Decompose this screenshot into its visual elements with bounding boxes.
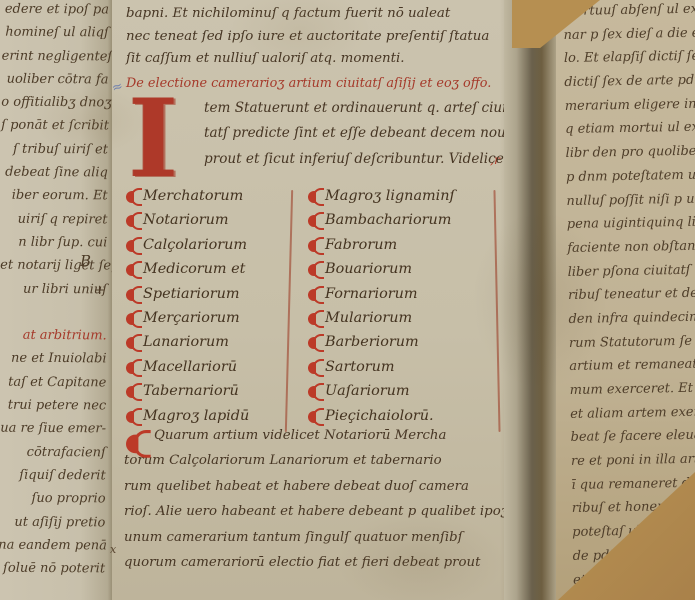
guild-list-item: Bambachariorum: [308, 212, 500, 236]
manuscript-line-fragment: na eandem penā: [0, 537, 105, 561]
manuscript-line-fragment: debeat ſine aliq: [1, 165, 108, 189]
manuscript-line-fragment: cōtrafacienſ: [0, 444, 106, 468]
guild-list-item: Mulariorum: [308, 310, 500, 334]
manuscript-line-fragment: faciente non obſtante: [567, 237, 695, 264]
guild-list-item: Spetiariorum: [126, 286, 298, 310]
guild-list-item: Medicorum et: [126, 261, 298, 285]
paragraph-mark-icon: [308, 286, 322, 301]
manuscript-line: unum camerarium tantum ſingulſ quatuor m…: [124, 530, 504, 555]
manuscript-line-fragment: beat ſe facere eleuāi: [570, 427, 695, 454]
manuscript-line-fragment: et aliam artem exerce: [570, 403, 695, 430]
manuscript-line-fragment: taſ et Capitane: [0, 374, 106, 398]
page-gutter-shadow: [500, 0, 558, 600]
manuscript-line-fragment: ſuo proprio: [0, 491, 106, 515]
manuscript-line: Quarum artium videlicet Notariorū Mercha: [124, 428, 504, 453]
decorated-initial: I: [128, 90, 198, 200]
manuscript-line-fragment: pena uigintiquinq libr: [567, 214, 695, 241]
manuscript-line-fragment: [0, 304, 107, 328]
paragraph-mark-icon: [126, 310, 140, 325]
manuscript-line-fragment: n libr ſup. cui: [0, 235, 107, 259]
paragraph-mark-icon: [308, 359, 322, 374]
manuscript-line-fragment: ur libri uniuſ: [0, 281, 107, 305]
manuscript-line-fragment: erint negligenteſ: [2, 48, 109, 72]
paragraph-mark-icon: [126, 359, 140, 374]
guild-list-item: Bouariorum: [308, 261, 500, 285]
manuscript-line: quorum camerariorū electio fiat et fieri…: [124, 555, 504, 580]
manuscript-line-fragment: re et poni in illa arte: [571, 451, 695, 478]
manuscript-line-fragment: ne et Inuiolabi: [0, 351, 107, 375]
top-paragraph: bapni. Et nichilominuſ q factum fuerit n…: [126, 6, 504, 74]
paragraph-mark-icon: [308, 310, 322, 325]
manuscript-line-fragment: q etiam mortui ul exb: [565, 119, 695, 146]
manuscript-line-fragment: lo. Et elapſiſ dictiſ ſex: [564, 48, 695, 75]
manuscript-line: tatſ predicte ſint et eſſe debeant decem…: [204, 125, 504, 150]
paragraph-mark-icon: [126, 261, 140, 276]
guild-list-item: Lanariorum: [126, 334, 298, 358]
manuscript-line-fragment: ſiquiſ dederit: [0, 468, 106, 492]
guild-list-item: Fabrorum: [308, 237, 500, 261]
guild-list-item: Magroʒ lignaminſ: [308, 188, 500, 212]
manuscript-line-fragment: dictiſ ſex de arte pdict: [564, 72, 695, 99]
manuscript-line-fragment: ſ ponāt et ſcribit: [1, 118, 108, 142]
paragraph-mark-icon: [126, 334, 140, 349]
manuscript-line: ſit caſſum et nulliuſ ualoriſ atq. momen…: [126, 51, 504, 74]
manuscript-line: rum quelibet habeat et habere debeat duo…: [124, 479, 504, 504]
margin-letter-b: B: [80, 252, 91, 270]
manuscript-line-fragment: libr den pro quolibet ipo: [565, 143, 695, 170]
margin-x-mark: x: [110, 543, 116, 556]
manuscript-line-fragment: merarium eligere infra: [565, 95, 695, 122]
paragraph-mark-icon: [308, 237, 322, 252]
manuscript-line-fragment: nulluſ poſſit niſi p una: [566, 190, 695, 217]
manuscript-line-fragment: artium et remaneat: [569, 356, 695, 383]
guild-list-item: Calçolariorum: [126, 237, 298, 261]
manuscript-line-fragment: iber eorum. Et: [1, 188, 108, 212]
manuscript-line: rioſ. Alie uero habeant et habere debean…: [124, 504, 504, 529]
guild-list-item: Sartorum: [308, 359, 500, 383]
manuscript-line-fragment: ribuſ teneatur et debea: [568, 285, 695, 312]
manuscript-line-fragment: uoliber cōtra fa: [1, 72, 108, 96]
opening-paragraph: tem Statuerunt et ordinauerunt q. arteſ …: [204, 100, 504, 176]
manuscript-line-fragment: o offitialibʒ dnoʒ: [1, 95, 108, 119]
paragraph-mark-icon: [126, 188, 140, 203]
paragraph-mark-icon: [126, 383, 140, 398]
manuscript-line-fragment: ſ tribuſ uiriſ et: [1, 141, 108, 165]
initial-letter-i: I: [128, 76, 179, 202]
manuscript-line: torum Calçolariorum Lanariorum et tabern…: [124, 453, 504, 478]
manuscript-line-fragment: at arbitrium.: [0, 328, 107, 352]
paragraph-mark-icon: [308, 261, 322, 276]
paragraph-mark-icon: [308, 212, 322, 227]
manuscript-line-fragment: rum Statutorum ſe: [569, 332, 695, 359]
closing-paragraph-lines: Quarum artium videlicet Notariorū Mercha…: [124, 428, 504, 580]
rubric-heading: De electione camerarioʒ artium ciuitatſ …: [126, 76, 491, 91]
guild-list-right-column: Magroʒ lignaminſ Bambachariorum Fabrorum…: [308, 188, 500, 432]
guild-list-left-column: Merchatorum Notariorum Calçolariorum Med…: [126, 188, 298, 432]
guild-list-item: Macellariorū: [126, 359, 298, 383]
paragraph-mark-icon: [126, 408, 140, 423]
manuscript-line-fragment: trui petere nec: [0, 398, 106, 422]
guild-list-item: Tabernariorū: [126, 383, 298, 407]
main-page: bapni. Et nichilominuſ q factum fuerit n…: [112, 0, 504, 600]
paragraph-mark-icon: [126, 237, 140, 252]
manuscript-photo: edere et ipoſ pahomineſ ul aliqſerint ne…: [0, 0, 695, 600]
guild-list-item: Barberiorum: [308, 334, 500, 358]
paragraph-mark-icon: [126, 212, 140, 227]
manuscript-line: nec teneat ſed ipſo iure et auctoritate …: [126, 29, 504, 52]
manuscript-line-fragment: et notarij ligēt ſepa: [0, 258, 107, 282]
manuscript-line-fragment: mum exerceret. Et ſi: [570, 379, 695, 406]
manuscript-line-fragment: uiriſ q repiret: [0, 211, 107, 235]
left-page-edge: edere et ipoſ pahomineſ ul aliqſerint ne…: [0, 0, 112, 600]
manuscript-line-fragment: den infra quindecim: [568, 308, 695, 335]
guild-list-item: Fornariorum: [308, 286, 500, 310]
paragraph-mark-icon: [308, 334, 322, 349]
guild-list-item: Merchatorum: [126, 188, 298, 212]
manuscript-line-fragment: ua re ſiue emer-: [0, 421, 106, 445]
manuscript-line-fragment: ut aſiſij pretio: [0, 514, 105, 538]
paragraph-mark-icon: [126, 286, 140, 301]
manuscript-line-fragment: edere et ipoſ pa: [2, 2, 109, 26]
left-page-text: edere et ipoſ pahomineſ ul aliqſerint ne…: [0, 2, 109, 585]
paragraph-mark-icon: [308, 408, 322, 423]
guild-list-item: Notariorum: [126, 212, 298, 236]
closing-paragraph: Quarum artium videlicet Notariorū Mercha…: [124, 428, 504, 580]
paragraph-mark-icon: [126, 430, 148, 453]
manuscript-line-fragment: ſoluē nō poterit: [0, 561, 105, 585]
paragraph-mark-icon: [308, 383, 322, 398]
manuscript-line: bapni. Et nichilominuſ q factum fuerit n…: [126, 6, 504, 29]
paragraph-mark-icon: [308, 188, 322, 203]
guild-list-item: Uaſariorum: [308, 383, 500, 407]
manuscript-line-fragment: liber pſona ciuitatſ aſ: [568, 261, 695, 288]
manuscript-line: prout et ſicut inferiuſ deſcribuntur. Vi…: [204, 151, 504, 176]
manuscript-line: tem Statuerunt et ordinauerunt q. arteſ …: [204, 100, 504, 125]
manuscript-line-fragment: homineſ ul aliqſ: [2, 25, 109, 49]
manuscript-line-fragment: p dnm poteſtatem ul c: [566, 166, 695, 193]
manuscript-line-fragment: nar p ſex dieſ a die extra: [563, 24, 695, 51]
margin-cross-mark: +: [94, 283, 105, 298]
guild-list-item: Merçariorum: [126, 310, 298, 334]
